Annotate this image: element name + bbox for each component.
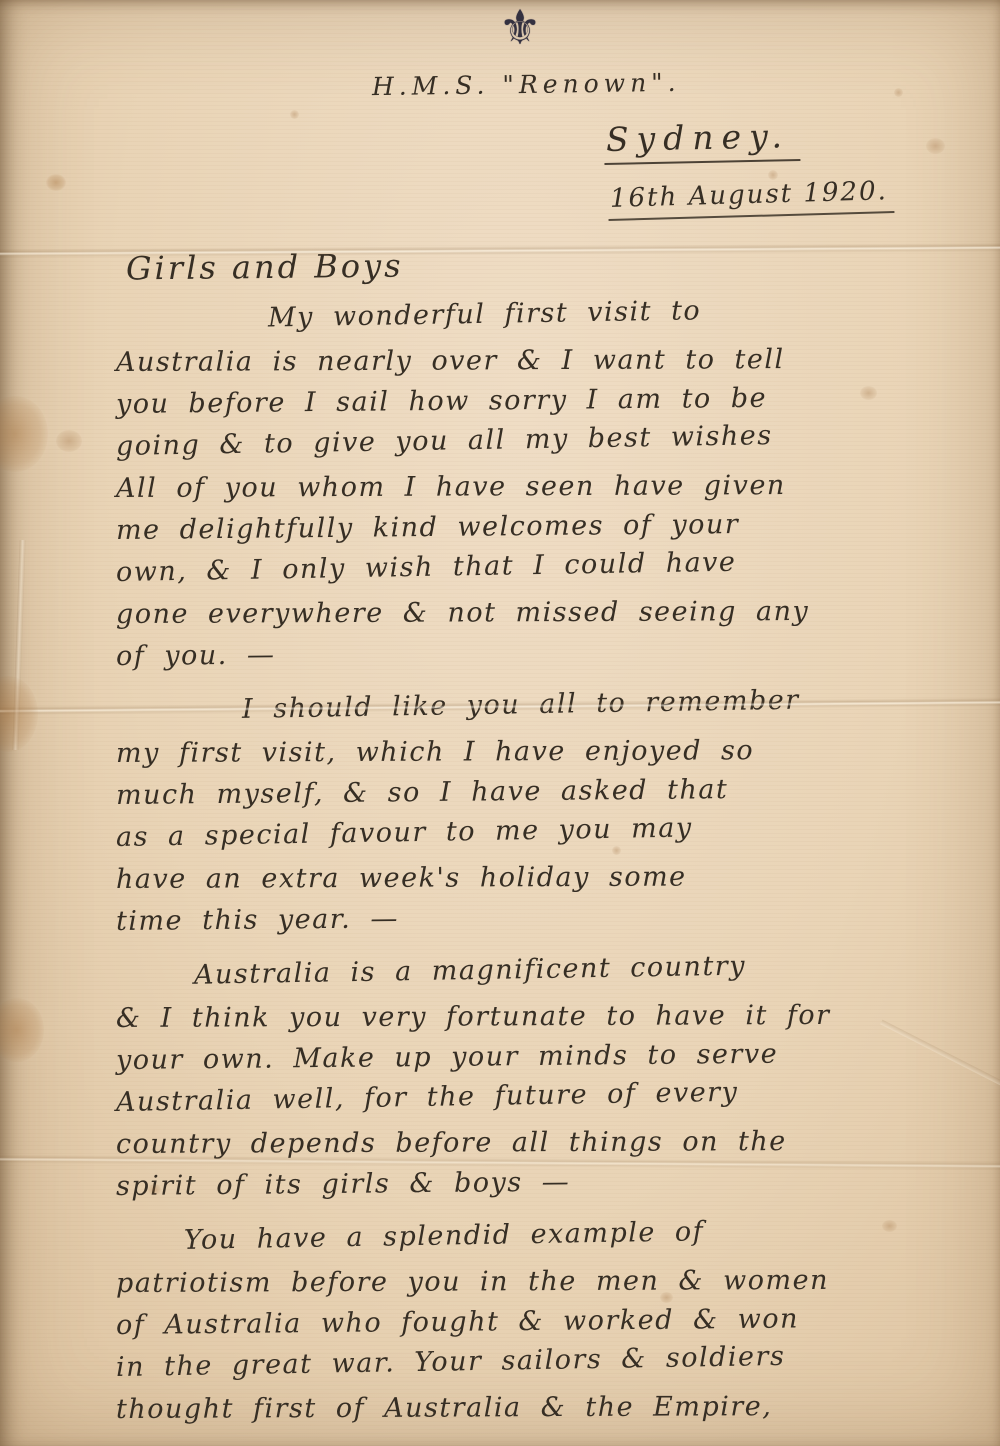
paper-stain [894, 88, 903, 97]
paper-stain [0, 396, 48, 472]
paragraph-3: Australia is a magnificent country & I t… [116, 956, 906, 1208]
handwritten-line: Australia is a magnificent country [116, 943, 907, 998]
salutation: Girls and Boys [126, 247, 404, 288]
paper-stain [0, 998, 44, 1062]
paper-stain [56, 430, 82, 452]
letter-page: ⚜ H.M.S. "Renown". Sydney. 16th August 1… [0, 0, 1000, 1446]
paper-stain [926, 138, 945, 154]
prince-of-wales-feathers-icon: ⚜ [484, 4, 556, 52]
handwritten-line: I should like you all to remember [116, 678, 907, 733]
letterhead-place: Sydney. [604, 116, 801, 165]
paragraph-1: My wonderful first visit to Australia is… [116, 300, 906, 678]
letterhead-ship: H.M.S. "Renown". [372, 68, 681, 101]
handwritten-line: My wonderful first visit to [116, 287, 907, 342]
letter-body: My wonderful first visit to Australia is… [116, 300, 906, 1444]
paragraph-2: I should like you all to remember my fir… [116, 691, 906, 943]
paper-stain [0, 676, 38, 752]
paragraph-4: You have a splendid example of patriotis… [116, 1221, 906, 1431]
handwritten-line: You have a splendid example of [116, 1208, 907, 1263]
handwritten-line: time this year. — [116, 893, 906, 943]
letterhead-date: 16th August 1920. [608, 176, 895, 221]
fold-crease [12, 540, 25, 750]
paper-stain [46, 174, 66, 191]
handwritten-line: thought first of Australia & the Empire, [116, 1386, 906, 1431]
handwritten-line: spirit of its girls & boys — [116, 1158, 906, 1208]
handwritten-line: of you. — [116, 628, 906, 678]
paper-stain [290, 110, 299, 119]
